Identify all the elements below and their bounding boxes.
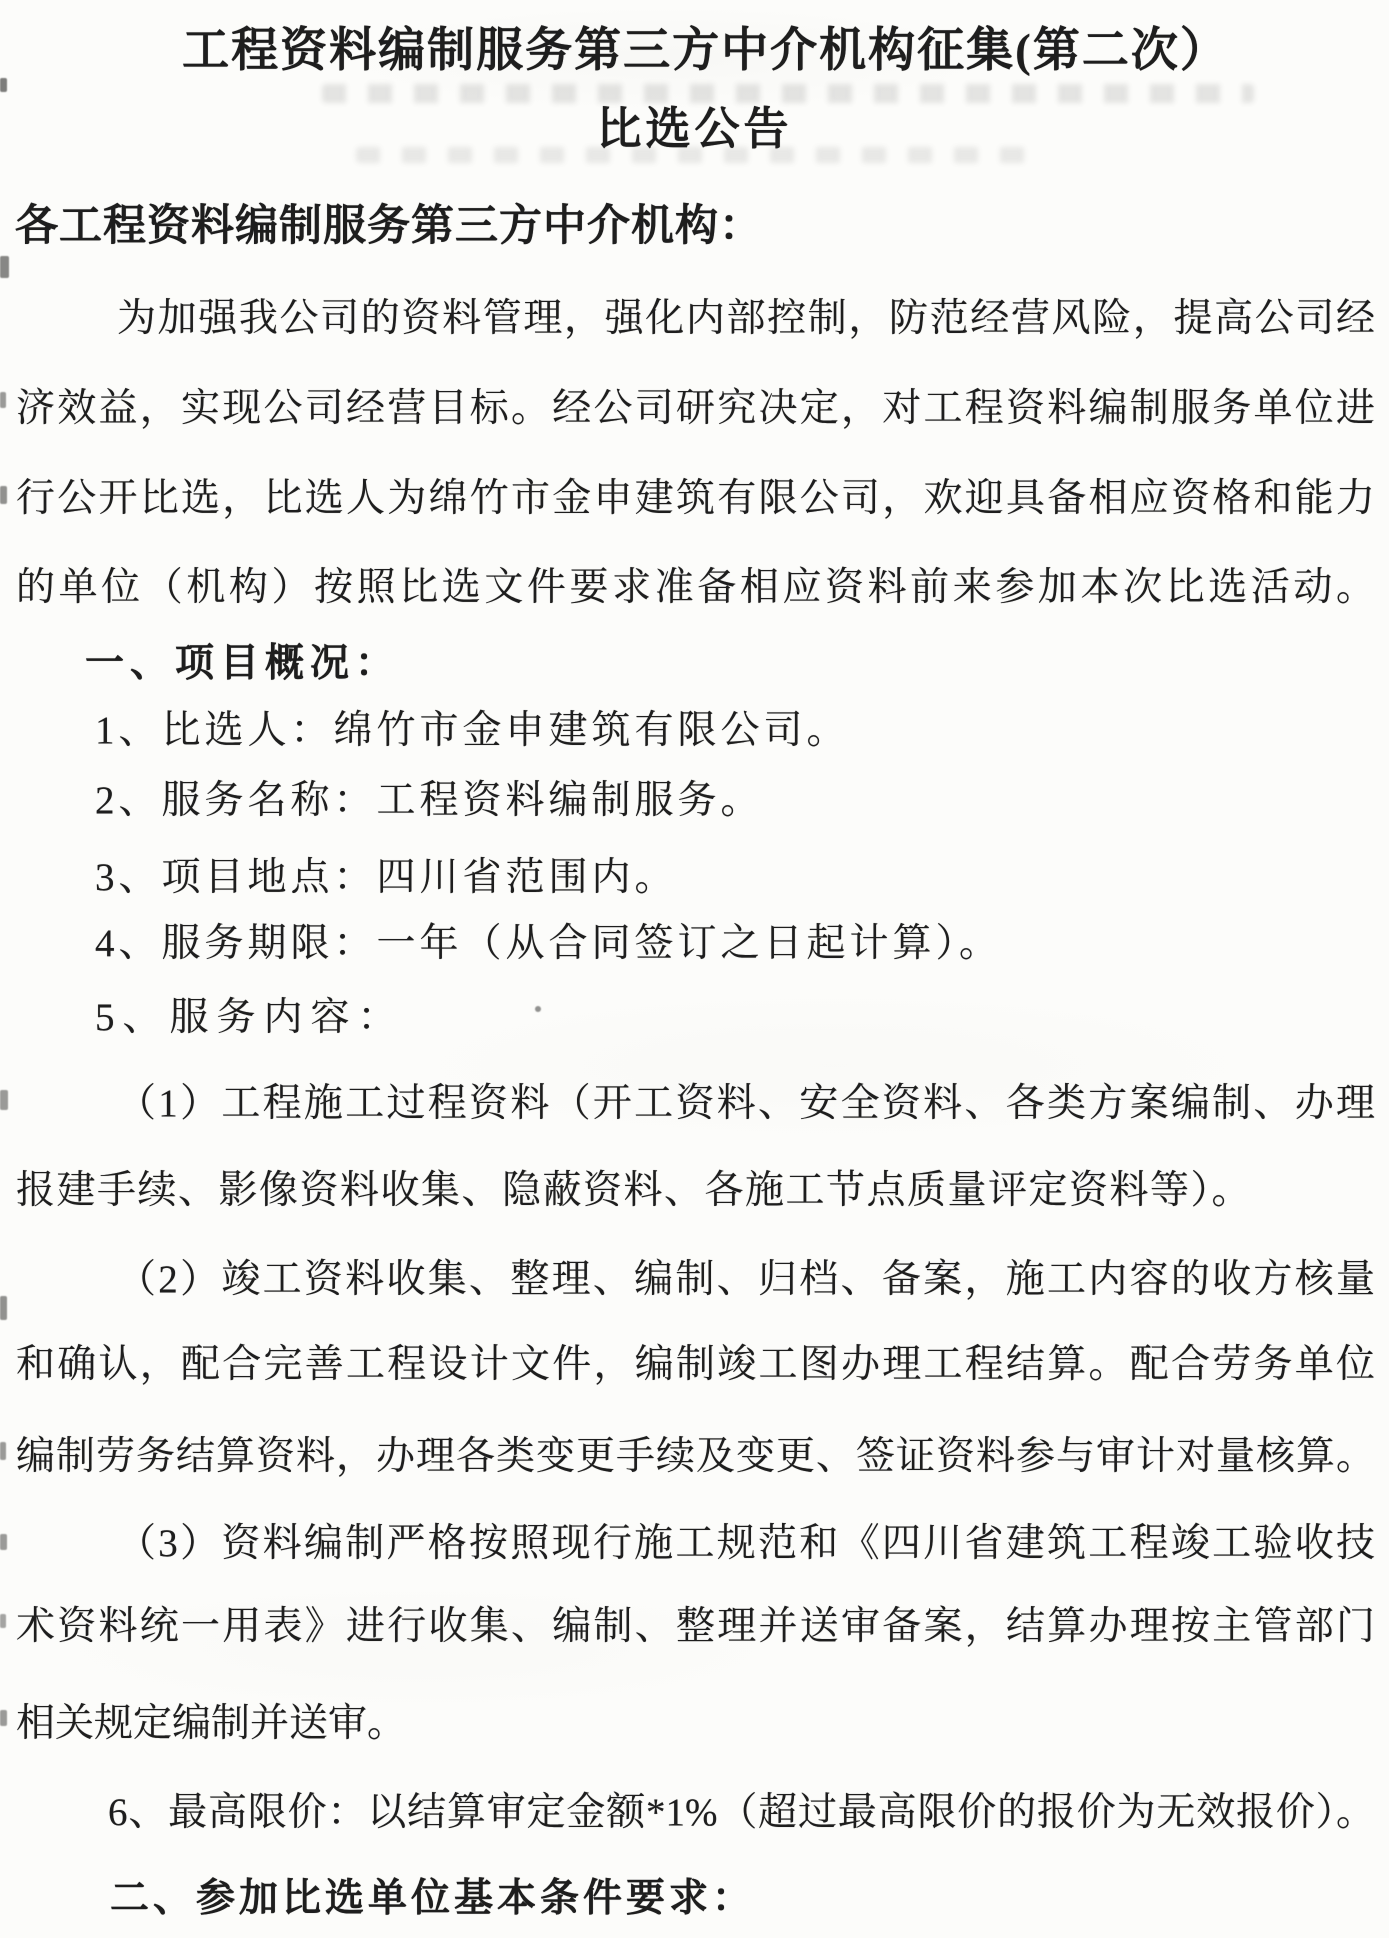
service-item-3-line-3: 相关规定编制并送审。 — [16, 1701, 406, 1747]
list-item-4-service-term: 4、服务期限：一年（从合同签订之日起计算）。 — [95, 921, 1002, 967]
intro-paragraph-line-2: 济效益，实现公司经营目标。经公司研究决定，对工程资料编制服务单位进 — [16, 386, 1375, 432]
bleedthrough-ghost-text-band — [356, 147, 1036, 163]
section-2-heading: 二、参加比选单位基本条件要求： — [110, 1876, 755, 1922]
scan-edge-speck — [0, 392, 6, 408]
salutation-line: 各工程资料编制服务第三方中介机构： — [15, 202, 763, 253]
service-item-1-line-1: （1）工程施工过程资料（开工资料、安全资料、各类方案编制、办理 — [16, 1081, 1375, 1127]
service-item-3-line-1: （3）资料编制严格按照现行施工规范和《四川省建筑工程竣工验收技 — [16, 1521, 1375, 1567]
scan-edge-speck — [0, 486, 7, 504]
intro-paragraph-line-3: 行公开比选，比选人为绵竹市金申建筑有限公司，欢迎具备相应资格和能力 — [16, 476, 1375, 522]
bleedthrough-ghost-text-band — [322, 84, 1254, 103]
document-title-line-1: 工程资料编制服务第三方中介机构征集(第二次） — [0, 24, 1389, 79]
scan-edge-speck — [0, 1442, 6, 1460]
list-item-1-bidder: 1、比选人：绵竹市金申建筑有限公司。 — [95, 708, 850, 754]
service-item-2-line-3: 编制劳务结算资料，办理各类变更手续及变更、签证资料参与审计对量核算。 — [16, 1434, 1375, 1480]
list-item-3-project-location: 3、项目地点：四川省范围内。 — [95, 855, 678, 901]
section-1-heading: 一、项目概况： — [85, 641, 400, 687]
stray-dot-speck — [535, 1006, 541, 1012]
intro-paragraph-line-1: 为加强我公司的资料管理，强化内部控制，防范经营风险，提高公司经 — [16, 296, 1375, 342]
service-item-3-line-2: 术资料统一用表》进行收集、编制、整理并送审备案，结算办理按主管部门 — [16, 1604, 1375, 1650]
list-item-2-service-name: 2、服务名称：工程资料编制服务。 — [95, 778, 764, 824]
service-item-1-line-2: 报建手续、影像资料收集、隐蔽资料、各施工节点质量评定资料等）。 — [16, 1168, 1252, 1214]
scan-edge-speck — [0, 1534, 7, 1550]
list-item-5-service-content: 5、服务内容： — [95, 995, 405, 1041]
service-item-2-line-2: 和确认，配合完善工程设计文件，编制竣工图办理工程结算。配合劳务单位 — [16, 1342, 1375, 1388]
scanned-document-page: 工程资料编制服务第三方中介机构征集(第二次） 比选公告 各工程资料编制服务第三方… — [0, 0, 1389, 1938]
scan-edge-speck — [0, 256, 9, 278]
scan-edge-speck — [0, 1710, 7, 1726]
scan-edge-speck — [0, 1296, 7, 1320]
scan-edge-speck — [0, 1614, 6, 1628]
intro-paragraph-line-4: 的单位（机构）按照比选文件要求准备相应资料前来参加本次比选活动。 — [16, 565, 1375, 611]
scan-edge-speck — [0, 1090, 8, 1110]
service-item-2-line-1: （2）竣工资料收集、整理、编制、归档、备案，施工内容的收方核量 — [16, 1257, 1375, 1303]
scan-edge-speck — [0, 78, 7, 92]
list-item-6-max-price: 6、最高限价：以结算审定金额*1%（超过最高限价的报价为无效报价）。 — [16, 1790, 1375, 1836]
